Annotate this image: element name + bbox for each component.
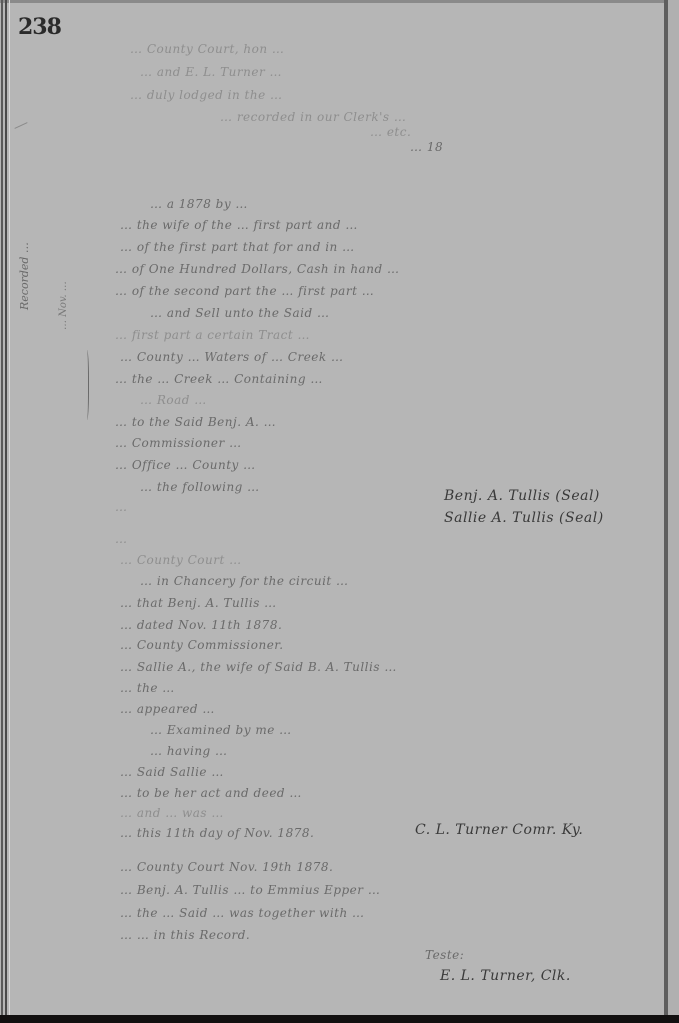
- handwritten-line: … and E. L. Turner …: [140, 65, 282, 79]
- handwritten-line: … Road …: [140, 393, 207, 407]
- handwritten-line: … of the second part the … first part …: [115, 284, 374, 298]
- handwritten-line: … Sallie A., the wife of Said B. A. Tull…: [120, 660, 397, 674]
- handwritten-line: … duly lodged in the …: [130, 88, 283, 102]
- handwritten-line: … Office … County …: [115, 458, 256, 472]
- handwritten-line: … 18: [410, 140, 443, 154]
- handwritten-line: … County Court Nov. 19th 1878.: [120, 860, 333, 874]
- left-binding-rule: [1, 0, 3, 1015]
- handwritten-line: … the … Said … was together with …: [120, 906, 365, 920]
- handwritten-line: …: [115, 500, 128, 514]
- handwritten-line: … recorded in our Clerk's …: [220, 110, 406, 124]
- handwritten-line: … to the Said Benj. A. …: [115, 415, 276, 429]
- signature-commissioner: C. L. Turner Comr. Ky.: [415, 822, 583, 838]
- handwritten-line: … first part a certain Tract …: [115, 328, 310, 342]
- handwritten-line: … County Commissioner.: [120, 638, 284, 652]
- handwritten-line: … dated Nov. 11th 1878.: [120, 618, 282, 632]
- handwritten-line: … that Benj. A. Tullis …: [120, 596, 277, 610]
- margin-bracket: [84, 350, 89, 420]
- handwritten-line: … Said Sallie …: [120, 765, 224, 779]
- handwritten-line: … the … Creek … Containing …: [115, 372, 323, 386]
- handwritten-line: … to be her act and deed …: [120, 786, 302, 800]
- handwritten-line: … in Chancery for the circuit …: [140, 574, 349, 588]
- handwritten-line: … Benj. A. Tullis … to Emmius Epper …: [120, 883, 380, 897]
- handwritten-line: … this 11th day of Nov. 1878.: [120, 826, 314, 840]
- handwritten-line: … of One Hundred Dollars, Cash in hand …: [115, 262, 399, 276]
- adjacent-page-strip: [668, 0, 679, 1015]
- signature-grantor: Sallie A. Tullis (Seal): [444, 510, 604, 526]
- handwritten-line: … appeared …: [120, 702, 215, 716]
- handwritten-line: … of the first part that for and in …: [120, 240, 355, 254]
- handwritten-line: … County Court …: [120, 553, 242, 567]
- page-number: 238: [18, 14, 61, 40]
- handwritten-line: … the wife of the … first part and …: [120, 218, 358, 232]
- handwritten-line: … the …: [120, 681, 175, 695]
- handwritten-line: … and Sell unto the Said …: [150, 306, 330, 320]
- left-binding-rule: [5, 0, 7, 1015]
- handwritten-line: … Commissioner …: [115, 436, 242, 450]
- document-page: 238 Recorded … … Nov. … … County Court, …: [0, 0, 679, 1015]
- handwritten-line: … … in this Record.: [120, 928, 250, 942]
- margin-note: … Nov. …: [58, 281, 69, 330]
- signature-clerk: E. L. Turner, Clk.: [440, 968, 571, 984]
- left-binding-rule: [9, 0, 10, 1015]
- handwritten-line: … County Court, hon …: [130, 42, 284, 56]
- handwritten-line: … having …: [150, 744, 228, 758]
- handwritten-line: … etc.: [370, 125, 411, 139]
- handwritten-line: … the following …: [140, 480, 260, 494]
- handwritten-line: … and … was …: [120, 806, 224, 820]
- handwritten-line: … Examined by me …: [150, 723, 292, 737]
- margin-mark: [14, 122, 27, 129]
- teste-label: Teste:: [425, 948, 464, 962]
- handwritten-line: … a 1878 by …: [150, 197, 248, 211]
- margin-note: Recorded …: [18, 242, 31, 310]
- signature-grantor: Benj. A. Tullis (Seal): [444, 488, 600, 504]
- handwritten-line: … County … Waters of … Creek …: [120, 350, 344, 364]
- page-top-edge: [0, 0, 679, 3]
- handwritten-line: …: [115, 532, 128, 546]
